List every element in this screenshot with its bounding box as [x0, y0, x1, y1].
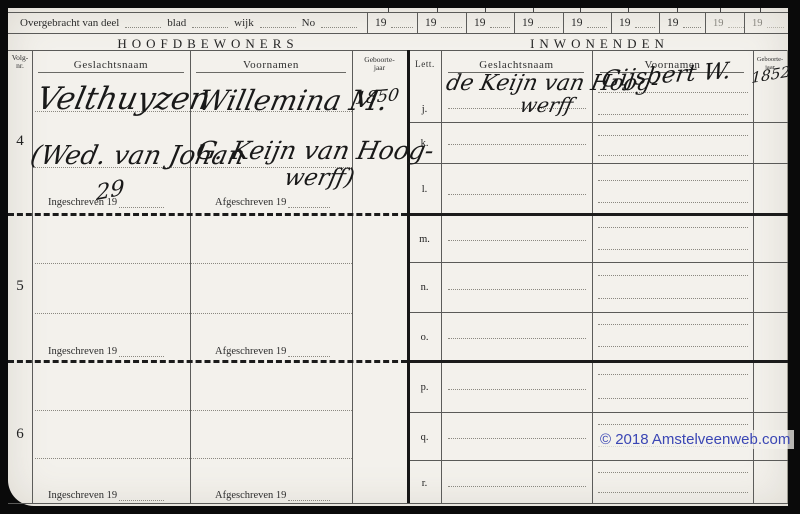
- afgeschreven-label: Afgeschreven 19: [215, 197, 330, 208]
- writing-line: [448, 240, 586, 241]
- afgeschreven-label: Afgeschreven 19: [215, 490, 330, 501]
- table-bottom-line: [8, 503, 788, 504]
- transfer-fields: Overgebracht van deel blad wijk No: [8, 13, 368, 33]
- blad-label: blad: [167, 17, 186, 29]
- row-number: 5: [8, 278, 32, 295]
- row-separator: [8, 360, 407, 363]
- dotted-blank: [728, 19, 744, 28]
- handwritten-firstnames-line3: werff): [282, 167, 356, 190]
- register-card: Overgebracht van deel blad wijk No 19 19…: [8, 8, 788, 506]
- group-separator: [410, 360, 788, 363]
- header-voornamen-left: Voornamen: [190, 59, 352, 71]
- writing-line: [448, 438, 586, 439]
- year-cell: 19: [467, 13, 515, 33]
- ingeschreven-text: Ingeschreven 19: [48, 490, 117, 501]
- dotted-blank: [635, 19, 656, 28]
- year-cell: 19: [418, 13, 467, 33]
- writing-line: [598, 298, 748, 299]
- year-cell-label: 19: [619, 17, 631, 29]
- wijk-label: wijk: [234, 17, 254, 29]
- ingeschreven-label: Ingeschreven 19: [48, 490, 164, 501]
- dotted-blank: [490, 19, 511, 28]
- writing-line: [598, 180, 748, 181]
- header-lett: Lett.: [410, 59, 440, 69]
- afgeschreven-text: Afgeschreven 19: [215, 346, 286, 357]
- row-letter: m.: [410, 234, 439, 245]
- row-separator: [8, 213, 407, 216]
- writing-line: [598, 249, 748, 250]
- handwritten-firstnames-line2: G. Keijn van Hoog-: [194, 138, 436, 163]
- year-cell-label: 19: [474, 17, 486, 29]
- handwritten-firstnames-j: Gijsbert W.: [600, 60, 732, 92]
- year-cell-label: 19: [522, 17, 534, 29]
- row-separator: [410, 163, 788, 164]
- year-cell: 19: [515, 13, 564, 33]
- year-cell: 19: [368, 13, 418, 33]
- handwritten-surname: Velthuyzen: [34, 84, 213, 115]
- writing-line: [598, 135, 748, 136]
- handwritten-birthyear-j: 1852: [751, 65, 791, 86]
- column-divider: [352, 50, 353, 503]
- dotted-blank: [192, 18, 228, 28]
- writing-line: [448, 144, 586, 145]
- writing-line: [598, 227, 748, 228]
- dotted-blank: [119, 199, 164, 208]
- writing-line: [35, 458, 352, 459]
- row-letter: r.: [410, 478, 439, 489]
- header-geboorte-line1: Geboorte-: [757, 56, 783, 63]
- writing-line: [448, 194, 586, 195]
- row-separator: [410, 262, 788, 263]
- dotted-blank: [119, 348, 164, 357]
- writing-line: [598, 202, 748, 203]
- writing-line: [598, 275, 748, 276]
- writing-line: [598, 492, 748, 493]
- handwritten-surname-j-line2: werff: [518, 95, 575, 115]
- dotted-blank: [260, 18, 296, 28]
- year-cell: 19: [745, 13, 788, 33]
- no-label: No: [302, 17, 315, 29]
- row-separator: [410, 122, 788, 123]
- dotted-blank: [288, 199, 330, 208]
- left-section-title: HOOFDBEWONERS: [8, 36, 408, 50]
- writing-line: [598, 472, 748, 473]
- writing-line: [598, 324, 748, 325]
- year-cell: 19: [564, 13, 612, 33]
- dotted-blank: [119, 492, 164, 501]
- dotted-blank: [683, 19, 702, 28]
- writing-line: [598, 374, 748, 375]
- row-letter: q.: [410, 432, 439, 443]
- writing-line: [448, 338, 586, 339]
- header-underline: [38, 72, 184, 73]
- writing-line: [448, 389, 586, 390]
- dotted-blank: [321, 18, 357, 28]
- row-separator: [410, 312, 788, 313]
- ingeschreven-text: Ingeschreven 19: [48, 346, 117, 357]
- header-geslachtsnaam-left: Geslachtsnaam: [32, 59, 190, 71]
- ingeschreven-label: Ingeschreven 19: [48, 346, 164, 357]
- writing-line: [35, 410, 352, 411]
- row-separator: [410, 460, 788, 461]
- afgeschreven-label: Afgeschreven 19: [215, 346, 330, 357]
- writing-line: [598, 346, 748, 347]
- dotted-blank: [441, 19, 463, 28]
- column-divider: [592, 50, 593, 503]
- dotted-blank: [538, 19, 560, 28]
- writing-line: [598, 424, 748, 425]
- row-letter: n.: [410, 282, 439, 293]
- writing-line: [448, 486, 586, 487]
- right-section-title: INWONENDEN: [411, 36, 788, 50]
- column-divider: [441, 50, 442, 503]
- header-volgnr: Volg- nr.: [9, 54, 31, 70]
- dotted-blank: [391, 19, 414, 28]
- transfer-strip: Overgebracht van deel blad wijk No 19 19…: [8, 12, 788, 34]
- year-cell: 19: [660, 13, 706, 33]
- year-cell-label: 19: [713, 18, 724, 29]
- dotted-blank: [288, 348, 330, 357]
- overgebracht-label: Overgebracht van deel: [20, 17, 119, 29]
- row-letter: j.: [410, 104, 439, 115]
- year-cell-label: 19: [667, 17, 679, 29]
- handwritten-birthyear: 1850: [354, 87, 400, 108]
- scanned-register-card: Overgebracht van deel blad wijk No 19 19…: [0, 0, 800, 514]
- row-letter: p.: [410, 382, 439, 393]
- writing-line: [598, 155, 748, 156]
- year-cell-label: 19: [425, 17, 437, 29]
- dotted-blank: [125, 18, 161, 28]
- writing-line: [448, 289, 586, 290]
- writing-line: [598, 398, 748, 399]
- year-cell-label: 19: [571, 17, 583, 29]
- writing-line: [35, 263, 352, 264]
- row-letter: o.: [410, 332, 439, 343]
- row-separator: [410, 412, 788, 413]
- column-divider: [32, 50, 33, 503]
- year-cell: 19: [612, 13, 660, 33]
- dotted-blank: [587, 19, 608, 28]
- header-underline: [196, 72, 346, 73]
- dotted-blank: [767, 19, 785, 28]
- row-number: 4: [8, 133, 32, 150]
- row-letter: l.: [410, 184, 439, 195]
- header-geslachtsnaam-right: Geslachtsnaam: [441, 59, 592, 71]
- header-volgnr-line2: nr.: [9, 62, 31, 70]
- copyright-watermark: © 2018 Amstelveenweb.com: [596, 430, 794, 449]
- year-cell-label: 19: [752, 18, 763, 29]
- header-geboorte-line2: jaar: [352, 64, 407, 72]
- writing-line: [35, 313, 352, 314]
- afgeschreven-text: Afgeschreven 19: [215, 490, 286, 501]
- handwritten-ingeschreven-year: 29: [96, 178, 125, 205]
- year-cell: 19: [706, 13, 745, 33]
- year-cell-label: 19: [375, 17, 387, 29]
- dotted-blank: [288, 492, 330, 501]
- header-geboortejaar-left: Geboorte- jaar: [352, 56, 407, 72]
- afgeschreven-text: Afgeschreven 19: [215, 197, 286, 208]
- writing-line: [598, 114, 748, 115]
- group-separator: [410, 213, 788, 216]
- table-top-line: [8, 50, 788, 51]
- column-divider: [190, 50, 191, 503]
- row-number: 6: [8, 426, 32, 443]
